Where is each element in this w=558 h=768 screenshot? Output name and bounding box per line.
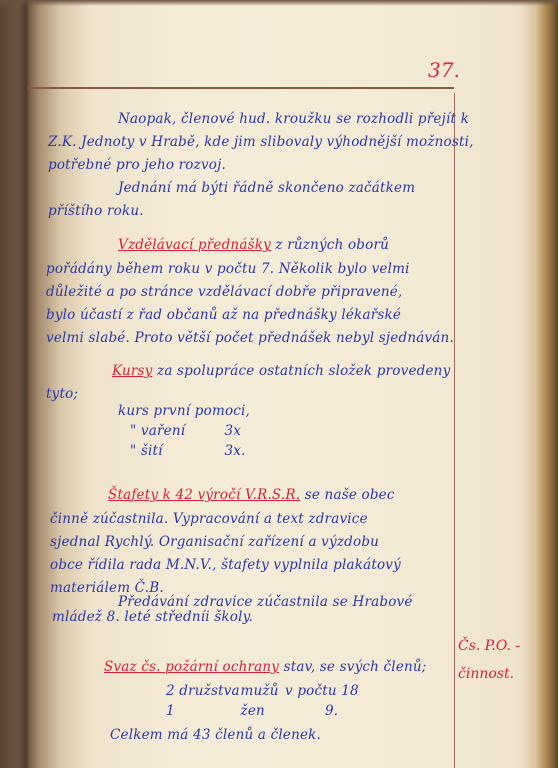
member-note: v počtu 18	[285, 683, 359, 699]
margin-note-line: Čs. P.O. -	[458, 632, 528, 660]
text-line: za spolupráce ostatních složek provedeny	[157, 363, 450, 379]
text-line: sjednal Rychlý. Organisační zařízení a v…	[50, 531, 379, 554]
course-name: kurs první pomoci,	[118, 403, 250, 419]
text-line: důležité a po stránce vzdělávací dobře p…	[46, 281, 402, 304]
course-count: 3x	[225, 423, 242, 439]
text-line: Z.K. Jednoty v Hrabě, kde jim slibovaly …	[48, 131, 474, 154]
total-line: Celkem má 43 členů a členek.	[110, 724, 321, 747]
member-note: 9.	[325, 703, 338, 719]
member-row: 1 žen 9.	[166, 700, 338, 723]
side-label: tyto;	[46, 383, 78, 406]
heading-line: Vzdělávací přednášky z různých oborů	[118, 234, 389, 257]
text-line: se naše obec	[305, 487, 395, 503]
heading-line: Kursy za spolupráce ostatních složek pro…	[112, 360, 450, 383]
margin-note-line: činnost.	[458, 660, 528, 688]
text-line: pořádány během roku v počtu 7. Několik b…	[46, 258, 410, 281]
margin-rule	[454, 93, 455, 768]
course-item: " šití 3x.	[130, 440, 246, 463]
course-count: 3x.	[225, 443, 246, 459]
member-group: žen	[241, 700, 321, 723]
text-line: příštího roku.	[48, 200, 144, 223]
text-line: mládež 8. leté středníi školy.	[52, 606, 253, 629]
chronicle-page: 37. Naopak, členové hud. kroužku se rozh…	[0, 0, 558, 768]
member-label: 1	[166, 700, 236, 723]
section-heading: Štafety k 42 výročí V.R.S.R.	[108, 487, 300, 503]
text-line: stav, se svých členů;	[284, 659, 427, 675]
text-line: z různých oborů	[275, 237, 389, 253]
text-line: obce řídila rada M.N.V., štafety vyplnil…	[50, 554, 401, 577]
text-line: činně zúčastnila. Vypracování a text zdr…	[50, 508, 368, 531]
text-line: potřebné pro jeho rozvoj.	[48, 154, 226, 177]
section-heading: Svaz čs. požární ochrany	[104, 659, 279, 675]
heading-line: Svaz čs. požární ochrany stav, se svých …	[104, 656, 427, 679]
text-line: Naopak, členové hud. kroužku se rozhodli…	[118, 108, 469, 131]
header-rule	[28, 87, 454, 89]
text-line: velmi slabé. Proto větší počet přednášek…	[46, 327, 454, 350]
heading-line: Štafety k 42 výročí V.R.S.R. se naše obe…	[108, 484, 395, 507]
page-number: 37.	[428, 58, 460, 82]
text-line: Jednání má býti řádně skončeno začátkem	[118, 177, 415, 200]
margin-note: Čs. P.O. - činnost.	[458, 632, 528, 688]
course-name: " šití	[130, 440, 220, 463]
section-heading: Kursy	[112, 363, 153, 379]
text-line: bylo účastí z řad občanů až na přednášky…	[46, 304, 401, 327]
section-heading: Vzdělávací přednášky	[118, 237, 271, 253]
